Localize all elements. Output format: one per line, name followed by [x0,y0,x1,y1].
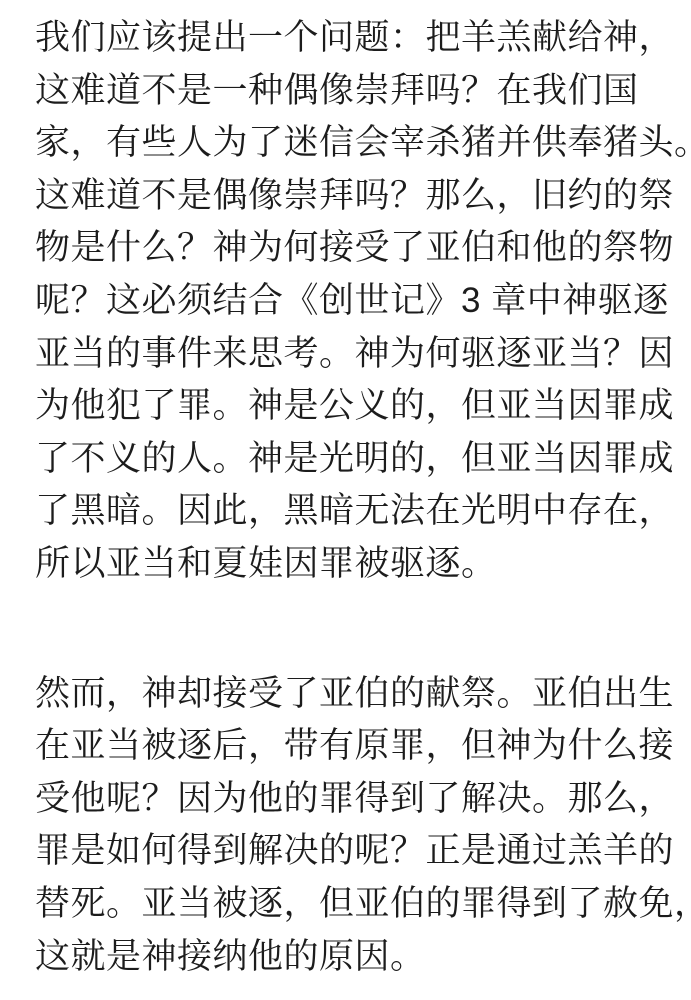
text-line: 所以亚当和夏娃因罪被驱逐。 [35,538,667,591]
text-line: 家，有些人为了迷信会宰杀猪并供奉猪头。 [35,117,667,170]
paragraph-1: 我们应该提出一个问题：把羊羔献给神， 这难道不是一种偶像崇拜吗？在我们国 家，有… [35,12,667,591]
text-line: 亚当的事件来思考。神为何驱逐亚当？因 [35,328,667,381]
text-line: 这难道不是一种偶像崇拜吗？在我们国 [35,65,667,118]
text-line: 为他犯了罪。神是公义的，但亚当因罪成 [35,380,667,433]
text-line: 我们应该提出一个问题：把羊羔献给神， [35,12,667,65]
text-line: 呢？这必须结合《创世记》3 章中神驱逐 [35,275,667,328]
text-line: 在亚当被逐后，带有原罪，但神为什么接 [35,720,667,773]
text-line: 罪是如何得到解决的呢？正是通过羔羊的 [35,825,667,878]
text-line: 了不义的人。神是光明的，但亚当因罪成 [35,433,667,486]
text-line: 这就是神接纳他的原因。 [35,931,667,984]
text-line: 受他呢？因为他的罪得到了解决。那么， [35,773,667,826]
document-page: 我们应该提出一个问题：把羊羔献给神， 这难道不是一种偶像崇拜吗？在我们国 家，有… [0,0,691,1000]
text-line: 然而，神却接受了亚伯的献祭。亚伯出生 [35,668,667,721]
text-line: 了黑暗。因此，黑暗无法在光明中存在， [35,485,667,538]
text-line: 物是什么？神为何接受了亚伯和他的祭物 [35,222,667,275]
text-line: 替死。亚当被逐，但亚伯的罪得到了赦免， [35,878,667,931]
paragraph-2: 然而，神却接受了亚伯的献祭。亚伯出生 在亚当被逐后，带有原罪，但神为什么接 受他… [35,668,667,984]
text-line: 这难道不是偶像崇拜吗？那么，旧约的祭 [35,170,667,223]
